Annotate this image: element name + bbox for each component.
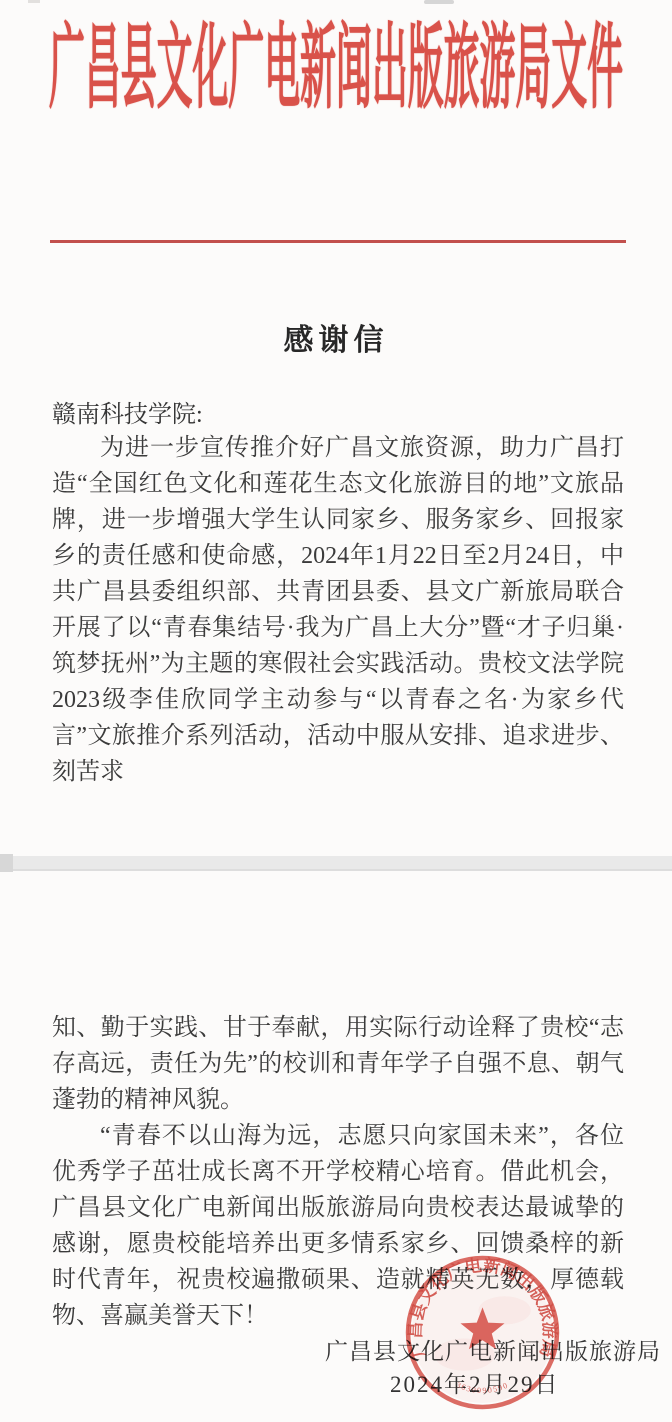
salutation: 赣南科技学院: bbox=[52, 394, 203, 429]
letter-page: 广昌县文化广电新闻出版旅游局文件 感谢信 赣南科技学院: 为进一步宣传推介好广昌… bbox=[0, 0, 672, 1422]
letterhead-title: 广昌县文化广电新闻出版旅游局文件 bbox=[49, 0, 623, 128]
letterhead-banner: 广昌县文化广电新闻出版旅游局文件 bbox=[0, 10, 672, 112]
page-separator bbox=[0, 856, 672, 871]
letter-title: 感谢信 bbox=[0, 315, 672, 359]
seal-ink-smudge bbox=[434, 1339, 494, 1371]
body-paragraph-1: 为进一步宣传推介好广昌文旅资源，助力广昌打造“全国红色文化和莲花生态文化旅游目的… bbox=[52, 430, 624, 790]
letterhead-divider bbox=[50, 240, 626, 243]
page-separator-notch bbox=[0, 854, 13, 872]
body-paragraph-2: 知、勤于实践、甘于奉献，用实际行动诠释了贵校“志存高远，责任为先”的校训和青年学… bbox=[52, 1010, 624, 1118]
scan-artifact-corner bbox=[28, 0, 40, 3]
official-seal: 广昌县文化广电新闻出版旅游局 3630090590 bbox=[402, 1252, 563, 1413]
